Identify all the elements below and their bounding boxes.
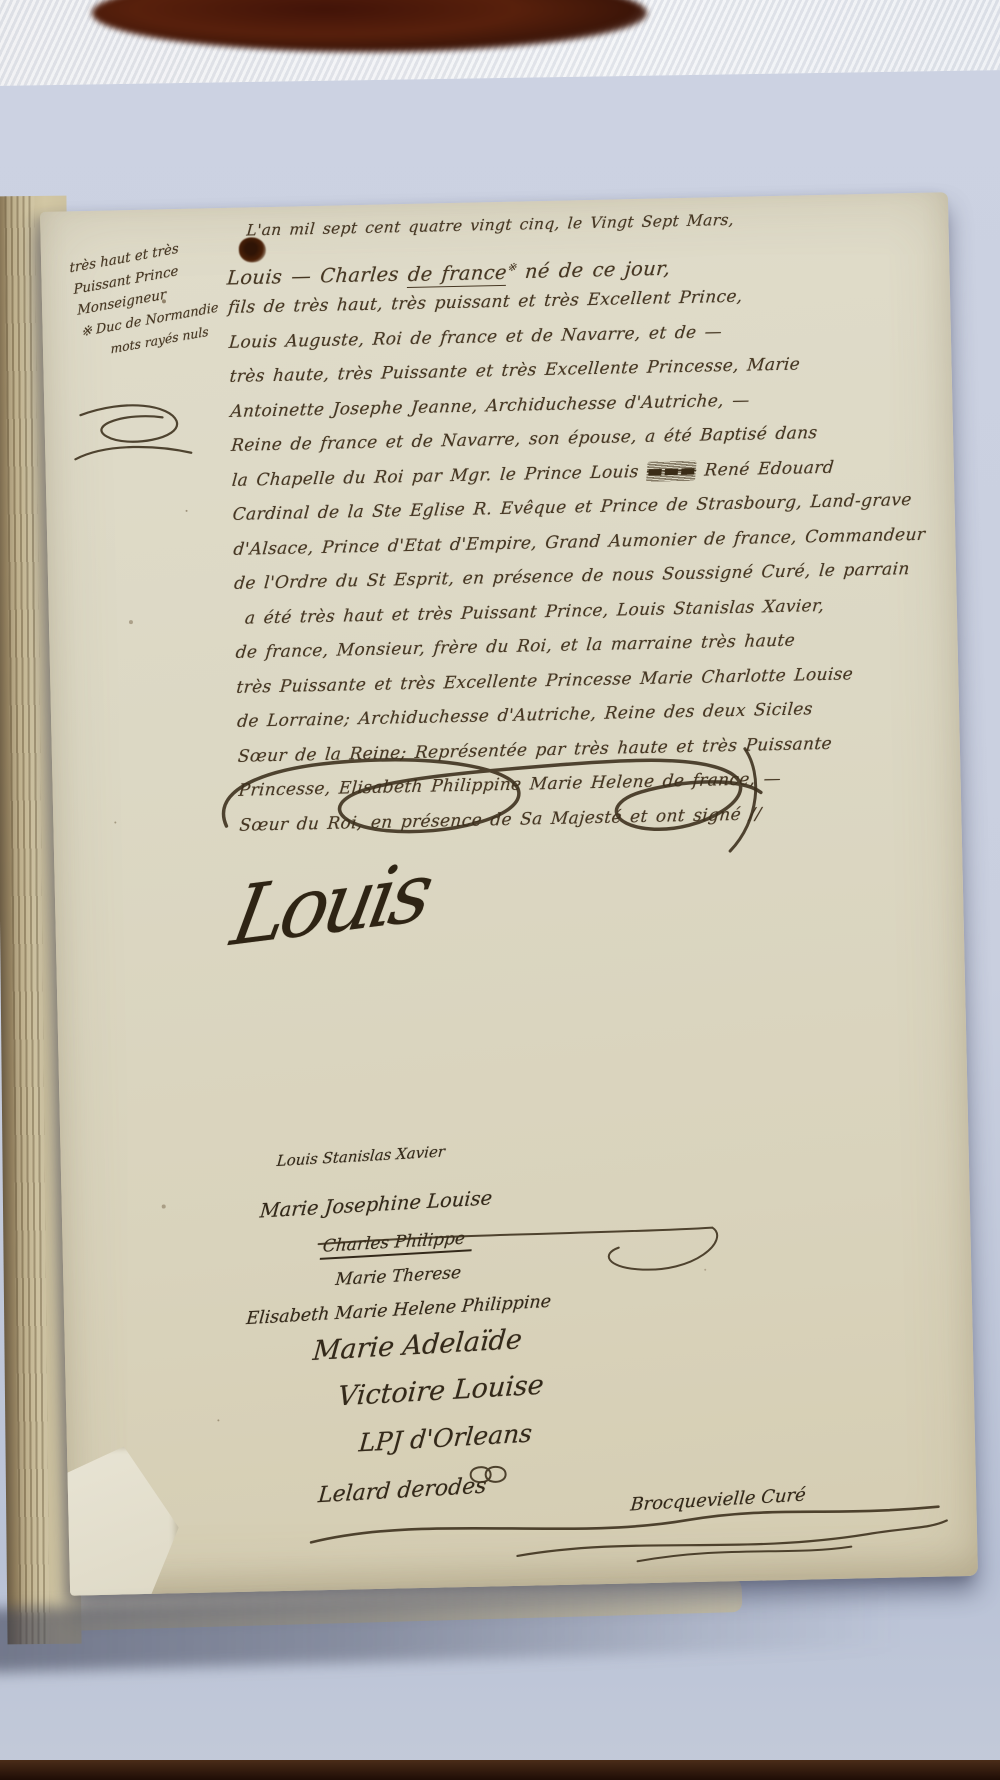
cure-signature-flourish	[306, 1488, 951, 1572]
signature-louis-stanislas-xavier: Louis Stanislas Xavier	[276, 1142, 446, 1170]
signature-marie-adela-de: Marie Adelaïde	[312, 1324, 524, 1367]
margin-paraph-flourish	[66, 395, 202, 474]
line-part: fils de très haut, très puissant et très…	[227, 287, 743, 318]
signature-victoire-louise: Victoire Louise	[337, 1370, 545, 1413]
signature-paraph-flourish	[200, 734, 783, 869]
line-part: a été très haut et très Puissant Prince,…	[244, 595, 825, 628]
line-part: Louis Auguste, Roi de france et de Navar…	[228, 322, 723, 353]
charles-philippe-flourish	[314, 1223, 735, 1292]
line-part-strike: ▬▬▬	[646, 460, 697, 481]
manuscript-page: très haut et trèsPuissant PrinceMonseign…	[40, 192, 978, 1595]
signature-lpj-d-orleans: LPJ d'Orleans	[358, 1418, 533, 1457]
table-edge-bottom	[0, 1760, 1000, 1780]
line-part: de Lorraine; Archiduchesse d'Autriche, R…	[236, 699, 813, 732]
line-part: Antoinette Josephe Jeanne, Archiduchesse…	[230, 390, 751, 421]
orleans-paraph-knot	[465, 1460, 512, 1489]
line-part: né de ce jour,	[515, 256, 671, 282]
line-part: de france, Monsieur, frère du Roi, et la…	[235, 631, 796, 663]
line-part: L'an mil sept cent quatre vingt cinq, le…	[246, 211, 735, 240]
line-part: René Edouard	[695, 457, 834, 480]
line-part: la Chapelle du Roi par Mgr. le Prince Lo…	[231, 461, 648, 490]
manuscript-line: L'an mil sept cent quatre vingt cinq, le…	[225, 199, 934, 249]
signature-elisabeth-marie-helene-philippine: Elisabeth Marie Helene Philippine	[245, 1292, 551, 1329]
line-part: très Puissante et très Excellente Prince…	[236, 664, 854, 697]
line-part: Louis — Charles	[226, 262, 409, 289]
line-part: Reine de france et de Navarre, son épous…	[230, 423, 818, 456]
line-part-underline: de france	[407, 260, 508, 287]
torn-corner	[59, 1445, 180, 1595]
photo-of-baptism-record: très haut et trèsPuissant PrinceMonseign…	[0, 0, 1000, 1780]
signature-marie-josephine-louise: Marie Josephine Louise	[259, 1186, 493, 1222]
line-part: très haute, très Puissante et très Excel…	[229, 354, 801, 386]
